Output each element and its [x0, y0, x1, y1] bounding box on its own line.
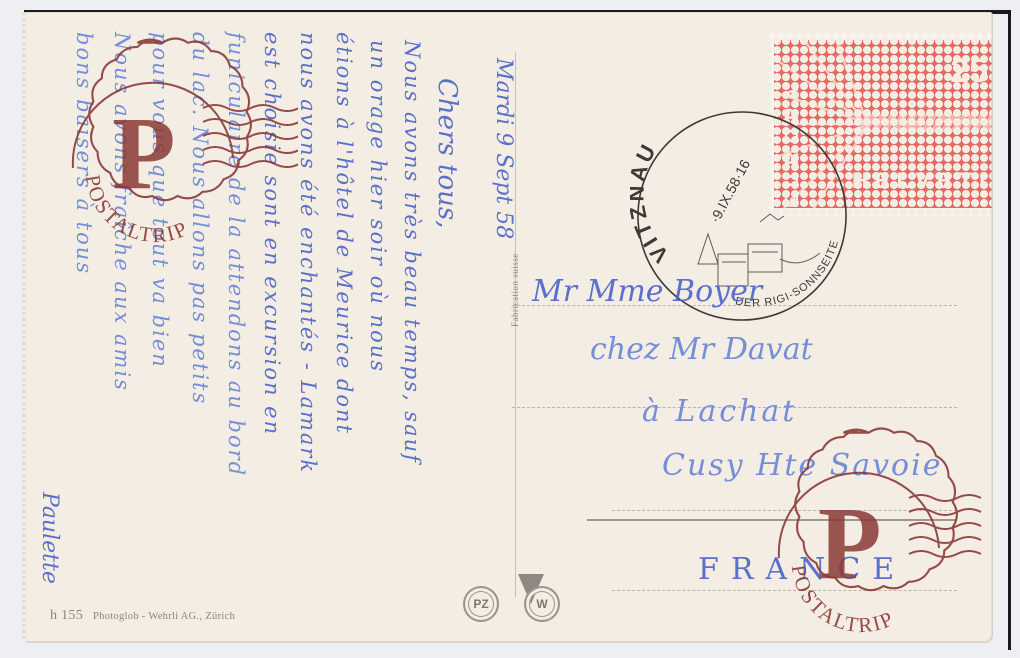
postmark-date: ·9.IX.58·16 [707, 157, 754, 226]
publisher-imprint: h 155Photoglob - Wehrli AG., Zürich [50, 608, 235, 624]
address-line-care-of: chez Mr Davat [590, 332, 813, 367]
stamp-value: 25 [950, 52, 988, 91]
message-greeting: Chers tous, [432, 78, 462, 229]
publisher-name: Photoglob - Wehrli AG., Zürich [93, 611, 235, 622]
message-date: Mardi 9 Sept 58 [491, 58, 516, 239]
postaltrip-watermark-top: P POSTALTRIP [28, 18, 298, 258]
scan-frame-right [1008, 10, 1011, 650]
postaltrip-letter: P [112, 96, 176, 211]
message-line: étions à l'hôtel de Meurice dont [332, 32, 356, 435]
stamp-country: HELVETIA [852, 168, 992, 194]
postaltrip-letter: P [818, 486, 882, 601]
message-signature: Paulette [37, 492, 62, 584]
card-number: h 155 [50, 608, 83, 623]
postmark-town: VITZNAU [630, 138, 673, 268]
postcard: Fabrication suisse h 155Photoglob - Wehr… [22, 12, 992, 642]
fabrication-note: Fabrication suisse [510, 253, 520, 327]
message-line: un orage hier soir où nous [366, 40, 390, 373]
pz-logo-icon: PZ [463, 586, 499, 622]
postaltrip-watermark-bottom: P POSTALTRIP [734, 408, 992, 642]
w-logo-icon: W [524, 586, 560, 622]
address-line-recipient: Mr Mme Boyer [532, 274, 762, 309]
message-line: nous avons été enchantés - Lamark [296, 32, 320, 474]
message-line: Nous avons très beau temps, sauf [400, 40, 424, 464]
